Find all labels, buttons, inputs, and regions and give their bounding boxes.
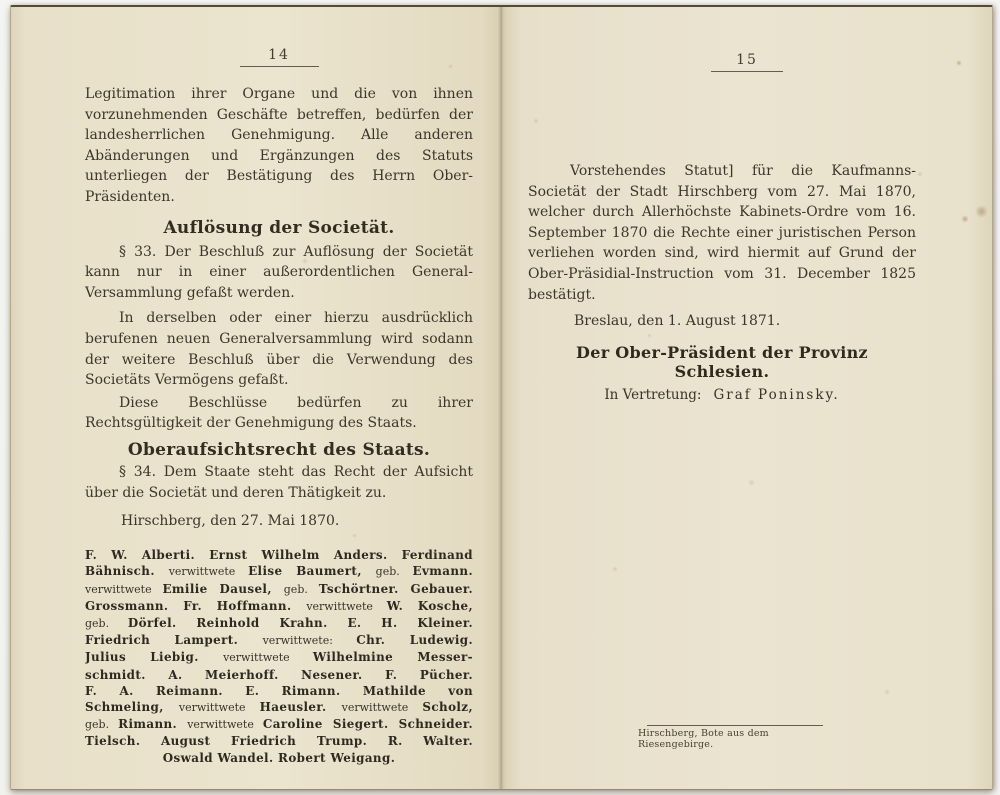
signatory-line: verwittwete Emilie Dausel, geb. Tschörtn…	[85, 581, 473, 598]
deputy-name: Graf Poninsky.	[713, 387, 839, 403]
signatory-name: Grossmann. Fr. Hoffmann.	[85, 599, 306, 613]
page-14-content: 14 Legitimation ihrer Organe und die von…	[85, 44, 473, 766]
signatory-name: Schmeling,	[85, 700, 179, 714]
signatory-name: Scholz,	[422, 700, 473, 714]
signatory-name: Elise Baumert,	[248, 564, 376, 578]
signatory-line: F. W. Alberti. Ernst Wilhelm Anders. Fer…	[85, 547, 473, 563]
page-number: 15	[736, 52, 758, 68]
dateline-breslau: Breslau, den 1. August 1871.	[528, 313, 916, 329]
office-title-line: Der Ober-Präsident der Provinz Schlesien…	[528, 343, 916, 381]
signatory-qualifier: geb.	[85, 617, 128, 630]
printer-imprint-block: Hirschberg, Bote aus dem Riesengebirge.	[638, 725, 838, 750]
signatory-name: Rimann.	[118, 717, 187, 731]
signatory-qualifier: verwittwete	[223, 651, 313, 664]
signatory-line: Tielsch. August Friedrich Trump. R. Walt…	[85, 733, 473, 749]
signatory-name: Oswald Wandel. Robert Weigang.	[163, 751, 395, 765]
signatory-line: Grossmann. Fr. Hoffmann. verwittwete W. …	[85, 598, 473, 615]
signatory-qualifier: verwittwete	[187, 718, 263, 731]
printer-imprint: Hirschberg, Bote aus dem Riesengebirge.	[638, 728, 838, 750]
signatory-qualifier: verwittwete:	[263, 634, 357, 647]
signatory-name: Emilie Dausel,	[162, 582, 283, 596]
signatory-name: Friedrich Lampert.	[85, 633, 263, 647]
section-heading-aufloesung: Auflösung der Societät.	[85, 218, 473, 238]
signatory-qualifier: geb.	[85, 718, 118, 731]
signatory-line: geb. Rimann. verwittwete Caroline Sieger…	[85, 716, 473, 733]
signatory-name: W. Kosche,	[387, 599, 473, 613]
signatory-name: Evmann.	[413, 564, 474, 578]
signatory-name: Haeusler.	[260, 700, 342, 714]
intro-paragraph: Legitimation ihrer Organe und die von ih…	[85, 84, 473, 208]
section-heading-oberaufsichtsrecht: Oberaufsichtsrecht des Staats.	[85, 440, 473, 460]
signatory-name: Tschörtner. Gebauer.	[319, 582, 473, 596]
page-number-block: 15	[692, 49, 802, 72]
signatory-line: Julius Liebig. verwittwete Wilhelmine Me…	[85, 649, 473, 666]
open-book: 14 Legitimation ihrer Organe und die von…	[10, 5, 993, 790]
signatory-qualifier: geb.	[284, 583, 319, 596]
paragraph-34: § 34. Dem Staate steht das Recht der Auf…	[85, 462, 473, 503]
signatory-qualifier: geb.	[376, 565, 413, 578]
deputy-label: In Vertretung:	[604, 387, 701, 403]
signatory-name: schmidt. A. Meierhoff. Nesener. F. Püche…	[85, 668, 473, 682]
signatories-list: F. W. Alberti. Ernst Wilhelm Anders. Fer…	[85, 547, 473, 766]
paragraph-33: § 33. Der Beschluß zur Auflösung der Soc…	[85, 242, 473, 304]
signatory-line: Schmeling, verwittwete Haeusler. verwitt…	[85, 699, 473, 716]
page-number-rule	[240, 66, 319, 67]
confirmation-paragraph: Vorstehendes Statut] für die Kaufmanns-S…	[528, 161, 916, 305]
signatory-qualifier: verwittwete	[342, 701, 423, 714]
signatory-name: Dörfel. Reinhold Krahn. E. H. Kleiner.	[128, 616, 473, 630]
signatory-line: schmidt. A. Meierhoff. Nesener. F. Püche…	[85, 667, 473, 683]
page-number-block: 14	[85, 44, 473, 67]
page-number: 14	[268, 47, 290, 63]
signatory-name: Wilhelmine Messer-	[313, 650, 473, 664]
signatory-name: Julius Liebig.	[85, 650, 223, 664]
signatory-line: Bähnisch. verwittwete Elise Baumert, geb…	[85, 563, 473, 580]
signatory-name: Tielsch. August Friedrich Trump. R. Walt…	[85, 734, 473, 748]
signatory-name: Chr. Ludewig.	[356, 633, 473, 647]
signatory-name: F. A. Reimann. E. Rimann. Mathilde von	[85, 684, 473, 698]
signatory-line: F. A. Reimann. E. Rimann. Mathilde von	[85, 683, 473, 699]
deputy-line: In Vertretung:Graf Poninsky.	[528, 387, 916, 403]
signatory-line: Friedrich Lampert. verwittwete: Chr. Lud…	[85, 632, 473, 649]
signatory-name: F. W. Alberti. Ernst Wilhelm Anders. Fer…	[85, 548, 473, 562]
page-15-content: 15 Vorstehendes Statut] für die Kaufmann…	[528, 49, 916, 403]
scan-background: 14 Legitimation ihrer Organe und die von…	[0, 0, 1000, 795]
paragraph-33-continuation-1: In derselben oder einer hierzu ausdrückl…	[85, 308, 473, 390]
signatory-name: Caroline Siegert. Schneider.	[263, 717, 473, 731]
imprint-rule	[647, 725, 823, 726]
paragraph-33-continuation-2: Diese Beschlüsse bedürfen zu ihrer Recht…	[85, 393, 473, 434]
signatory-qualifier: verwittwete	[85, 583, 162, 596]
signatory-line: geb. Dörfel. Reinhold Krahn. E. H. Klein…	[85, 615, 473, 632]
signatory-qualifier: verwittwete	[169, 565, 248, 578]
dateline-hirschberg: Hirschberg, den 27. Mai 1870.	[85, 513, 473, 529]
page-number-rule	[711, 71, 783, 72]
signatory-qualifier: verwittwete	[306, 600, 386, 613]
signatory-qualifier: verwittwete	[179, 701, 260, 714]
signatory-name: Bähnisch.	[85, 564, 169, 578]
signatory-line: Oswald Wandel. Robert Weigang.	[85, 750, 473, 766]
